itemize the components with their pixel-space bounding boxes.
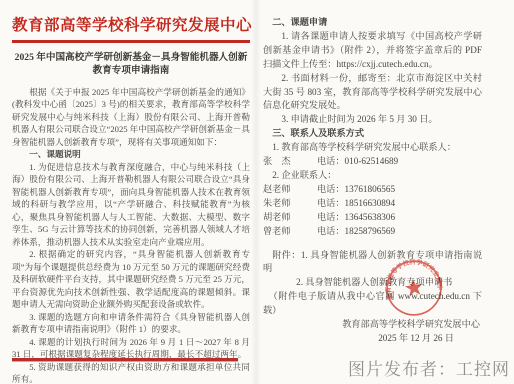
section1-heading: 一、课题说明: [12, 148, 250, 161]
contact-phone: 电话：13645638306: [317, 211, 395, 225]
contact-name: 朱老师: [263, 197, 317, 211]
section2-item-3: 3. 申请截止时间为 2026 年 5 月 30 日。: [263, 113, 482, 127]
section1-item-1: 1. 为促进信息技术与教育深度融合，中心与纯米科技（上海）股份有限公司、上海开普…: [12, 161, 250, 249]
attachments-label: 附件：: [272, 250, 301, 260]
contact-phone: 电话：18516630894: [317, 197, 395, 211]
page1-footer-rule: [12, 358, 238, 361]
document-title-line1: 2025 年中国高校产学研创新基金－具身智能机器人创新: [12, 51, 250, 65]
document-title-line2: 教育专项申请指南: [12, 64, 250, 78]
section3-heading: 三、联系人及联系方式: [263, 127, 482, 141]
letterhead-org-title: 教育部高等学校科学研究发展中心: [12, 13, 250, 35]
section1-item-5: 5. 资助课题获得的知识产权由资助方和课题承担单位共同所有。: [12, 361, 250, 384]
signature-date: 2025 年 12 月 26 日: [263, 332, 482, 346]
contact-row: 曾老师 电话：18258796569: [263, 225, 482, 239]
contact-row: 胡老师 电话：13645638306: [263, 211, 482, 225]
publisher-watermark: 图片发布者：工控网: [348, 355, 510, 380]
page1-body: 根据《关于申报 2025 年中国高校产学研创新基金的通知》(教科发中心函〔202…: [12, 86, 250, 384]
contact-row: 朱老师 电话：18516630894: [263, 197, 482, 211]
signature-org: 教育部高等学校科学研究发展中心: [263, 318, 482, 332]
section1-item-4: 4. 课题的计划执行时间为 2026 年 9 月 1 日～2027 年 8 月 …: [12, 336, 250, 361]
contact-name: 胡老师: [263, 211, 317, 225]
attachment-line-1: 附件：1. 具身智能机器人创新教育专项申请指南说明: [263, 249, 482, 277]
page-fold-shadow: [252, 0, 260, 384]
notice-page-2: 二、课题申请 1. 请各课题申请人按要求填写《中国高校产学研创新基金申请书》（附…: [263, 16, 482, 346]
notice-page-1: 教育部高等学校科学研究发展中心 2025 年中国高校产学研创新基金－具身智能机器…: [12, 13, 250, 384]
contact-phone: 电话：13761806565: [317, 183, 395, 197]
contact-name: 赵老师: [263, 183, 317, 197]
svg-text:教育部高等学校科学研究发展中心: 教育部高等学校科学研究发展中心: [379, 253, 446, 303]
section2-item-2: 2. 书面材料一份，邮寄至：北京市海淀区中关村大街 35 号 803 室，教育部…: [263, 72, 482, 114]
section1-item-2: 2. 根据确定的研究内容，“具身智能机器人创新教育专项”为每个课题提供总经费为 …: [12, 248, 250, 311]
download-note: （附件电子版请从我中心官网 www.cutech.edu.cn 下载）: [263, 290, 482, 318]
letterhead-rule: [12, 40, 250, 43]
contact-row-center: 张 杰 电话：010-62514689: [263, 155, 482, 169]
company-contacts-label: 2. 企业联系人：: [263, 169, 482, 183]
contact-row: 赵老师 电话：13761806565: [263, 183, 482, 197]
contact-phone: 电话：010-62514689: [317, 155, 398, 169]
intro-paragraph: 根据《关于申报 2025 年中国高校产学研创新基金的通知》(教科发中心函〔202…: [12, 86, 250, 149]
center-contact-label: 1. 教育部高等学校科学研究发展中心联系人：: [263, 141, 482, 155]
contact-name: 张 杰: [263, 155, 317, 169]
seal-arc-text: 教育部高等学校科学研究发展中心: [379, 253, 446, 303]
official-seal-stamp: 教育部高等学校科学研究发展中心: [379, 253, 449, 323]
contact-phone: 电话：18258796569: [317, 225, 395, 239]
document-title: 2025 年中国高校产学研创新基金－具身智能机器人创新 教育专项申请指南: [12, 51, 250, 78]
contact-name: 曾老师: [263, 225, 317, 239]
section1-item-3: 3. 课题的选题方向和申请条件需符合《具身智能机器人创新教育专项申请指南说明》（…: [12, 311, 250, 336]
section2-heading: 二、课题申请: [263, 16, 482, 30]
attachments-block: 附件：1. 具身智能机器人创新教育专项申请指南说明 2. 具身智能机器人创新教育…: [263, 249, 482, 291]
section2-item-1: 1. 请各课题申请人按要求填写《中国高校产学研创新基金申请书》（附件 2），并将…: [263, 30, 482, 72]
seal-star-icon: [404, 278, 424, 297]
